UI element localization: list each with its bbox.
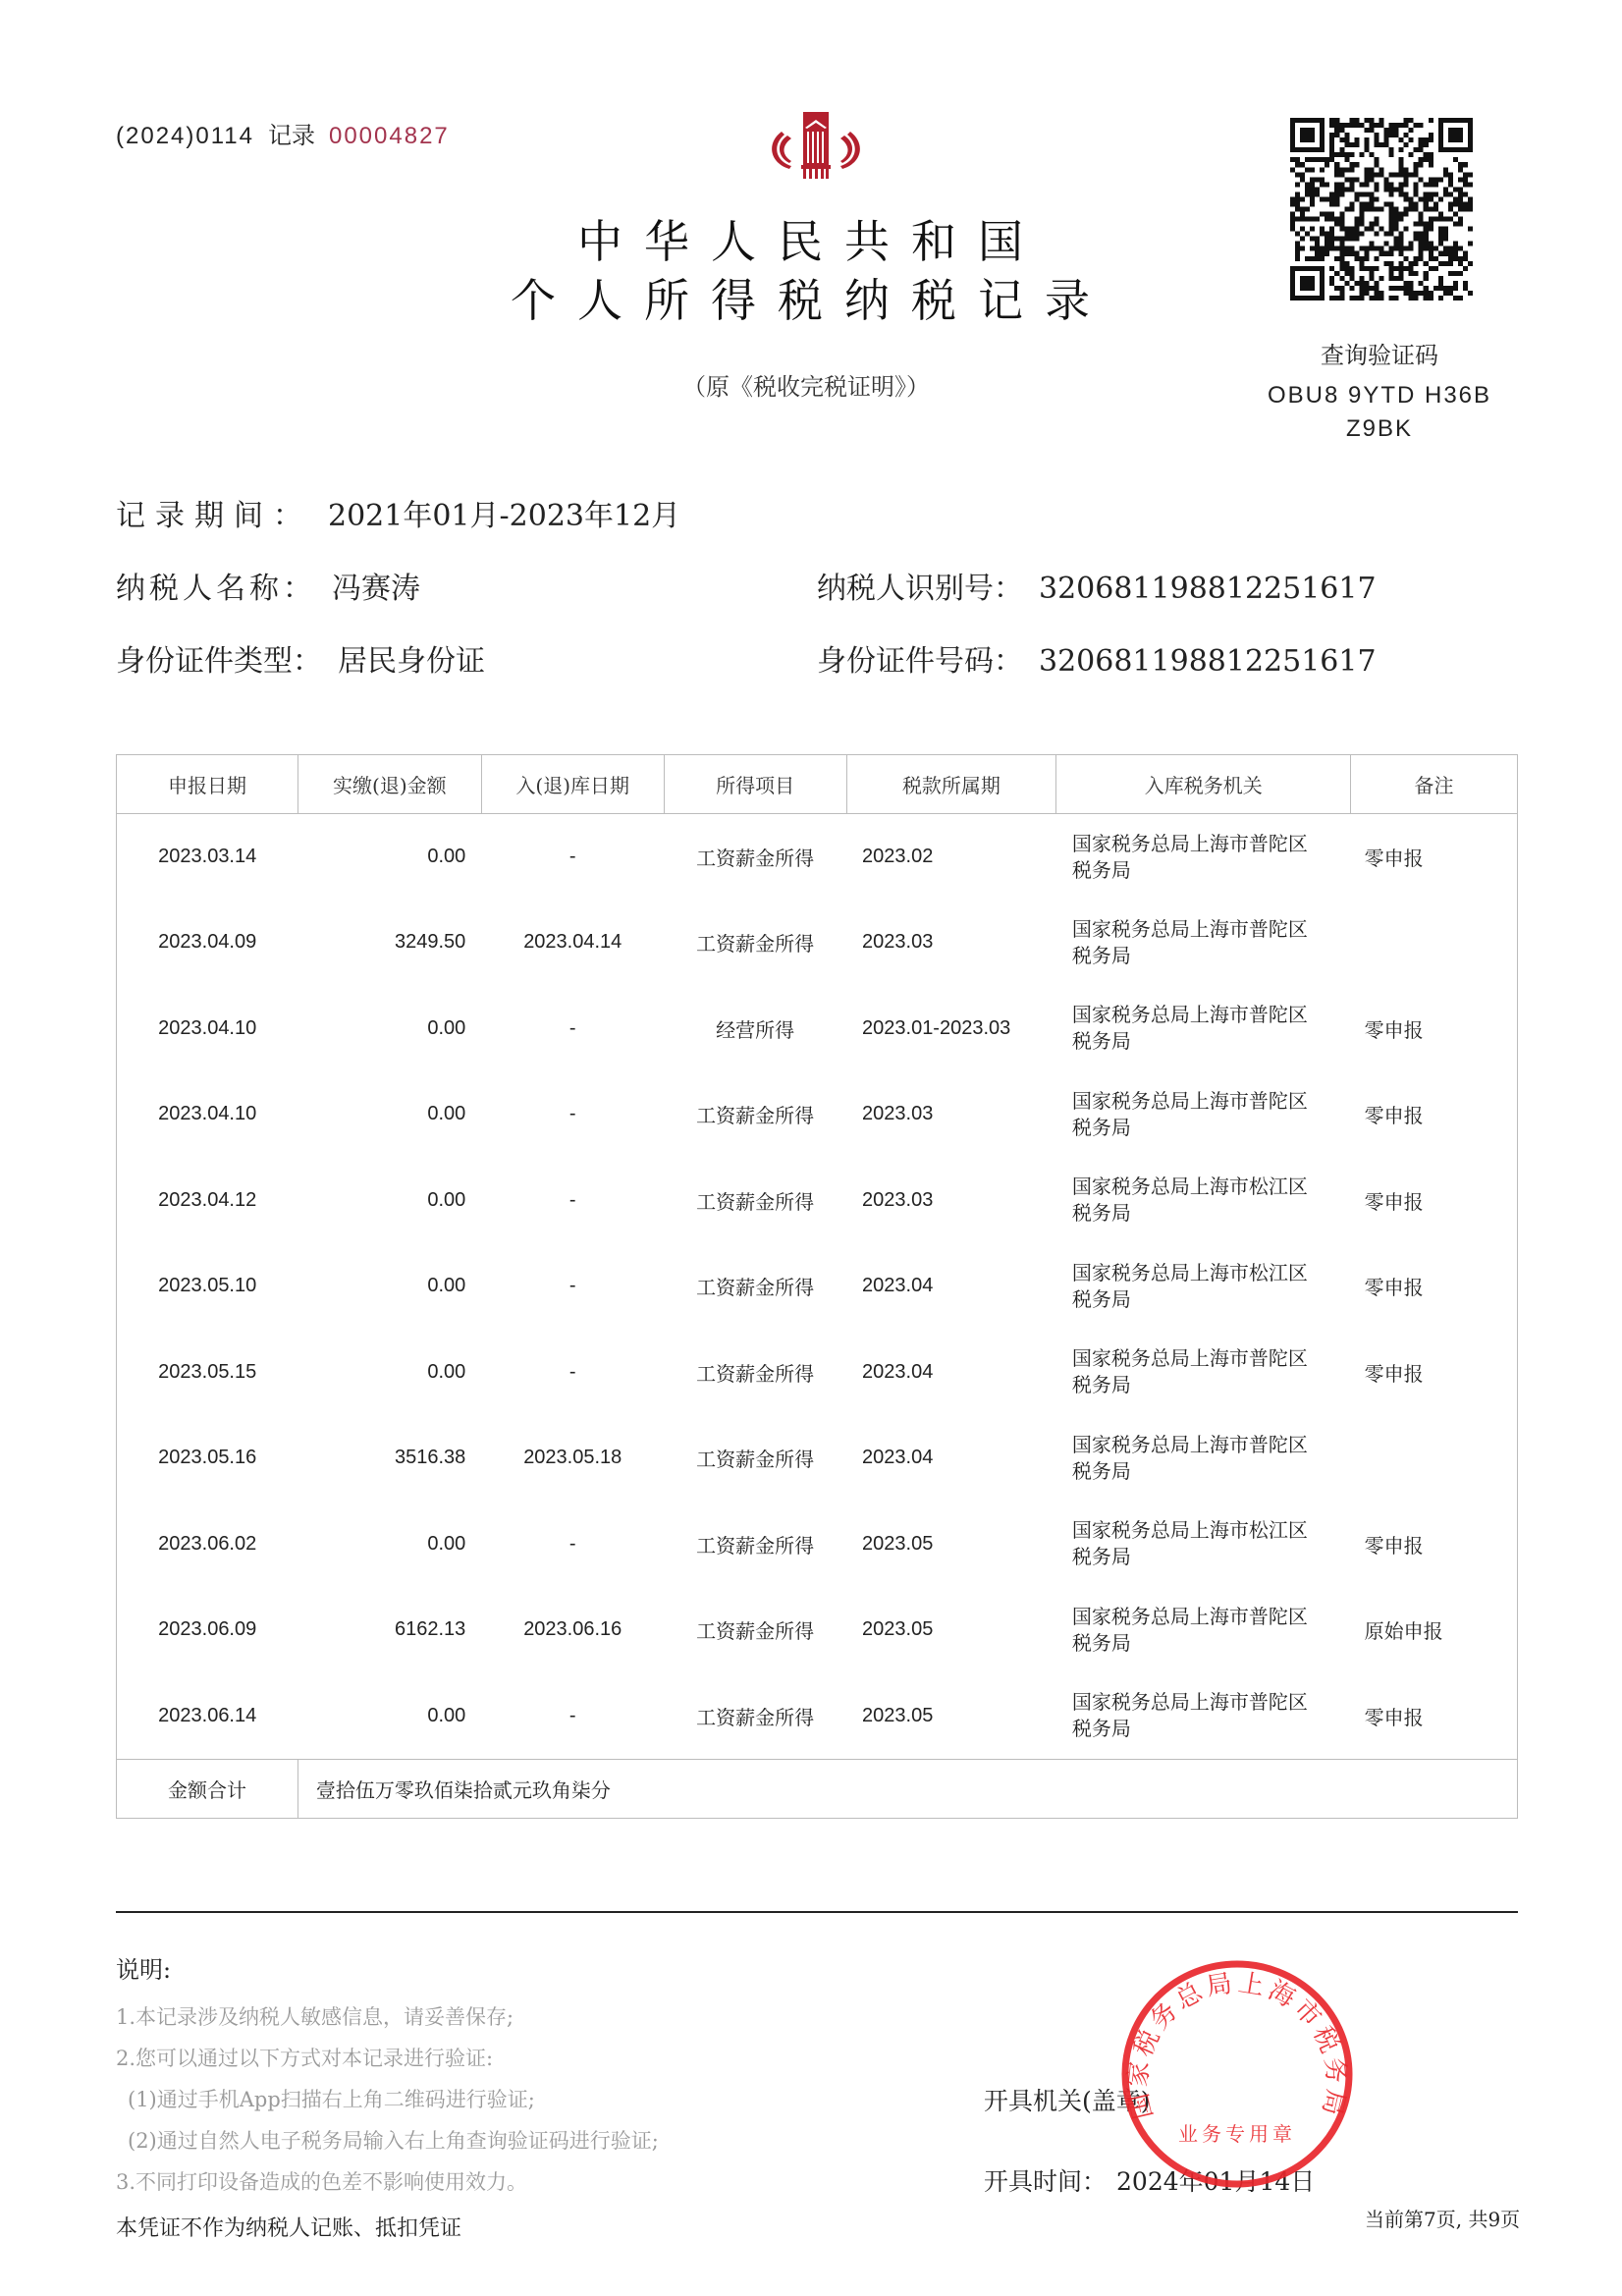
note-item-1: 1.本记录涉及纳税人敏感信息，请妥善保存;	[116, 2001, 514, 2031]
tax-office-line-2: 税务局	[1072, 1716, 1337, 1742]
tax-period-cell: 2023.02	[846, 814, 1056, 901]
amount-cell: 0.00	[297, 1071, 481, 1158]
store-date-cell: -	[481, 1243, 664, 1330]
note-cell: 零申报	[1351, 1071, 1518, 1158]
note-cell	[1351, 1415, 1518, 1502]
tax-office-line-2: 税务局	[1072, 1544, 1337, 1570]
tax-office-cell: 国家税务总局上海市普陀区税务局	[1056, 1071, 1351, 1158]
table-header-row: 申报日期 实缴(退)金额 入(退)库日期 所得项目 税款所属期 入库税务机关 备…	[117, 755, 1518, 814]
column-header-tax-period: 税款所属期	[846, 755, 1056, 814]
disclaimer: 本凭证不作为纳税人记账、抵扣凭证	[116, 2212, 461, 2242]
table-row: 2023.05.100.00-工资薪金所得2023.04国家税务总局上海市松江区…	[117, 1243, 1518, 1330]
verify-code-label: 查询验证码	[1267, 336, 1492, 370]
tax-period-cell: 2023.04	[846, 1415, 1056, 1502]
amount-cell: 0.00	[297, 986, 481, 1072]
filing-date-cell: 2023.04.09	[117, 900, 298, 986]
table-row: 2023.04.093249.502023.04.14工资薪金所得2023.03…	[117, 900, 1518, 986]
store-date-cell: -	[481, 1158, 664, 1244]
svg-text:国家税务总局上海市税务局: 国家税务总局上海市税务局	[1123, 1968, 1351, 2121]
note-cell: 零申报	[1351, 1158, 1518, 1244]
tax-period-cell: 2023.03	[846, 900, 1056, 986]
id-type: 身份证件类型：居民身份证	[116, 636, 485, 680]
tax-office-line-1: 国家税务总局上海市松江区	[1072, 1174, 1337, 1200]
column-header-tax-office: 入库税务机关	[1056, 755, 1351, 814]
total-label: 金额合计	[117, 1759, 298, 1818]
note-item-3: 3.不同打印设备造成的色差不影响使用效力。	[116, 2166, 527, 2196]
note-item-2: 2.您可以通过以下方式对本记录进行验证:	[116, 2043, 493, 2072]
amount-cell: 0.00	[297, 1502, 481, 1588]
tax-office-cell: 国家税务总局上海市松江区税务局	[1056, 1502, 1351, 1588]
table-row: 2023.06.140.00-工资薪金所得2023.05国家税务总局上海市普陀区…	[117, 1673, 1518, 1760]
tax-office-line-1: 国家税务总局上海市普陀区	[1072, 1432, 1337, 1458]
amount-cell: 3516.38	[297, 1415, 481, 1502]
id-number: 身份证件号码：320681198812251617	[817, 636, 1377, 680]
id-number-value: 320681198812251617	[1039, 644, 1377, 679]
filing-date-cell: 2023.04.10	[117, 986, 298, 1072]
note-cell: 零申报	[1351, 1243, 1518, 1330]
tax-office-line-1: 国家税务总局上海市普陀区	[1072, 1345, 1337, 1372]
taxpayer-name-value: 冯赛涛	[332, 572, 420, 606]
tax-office-cell: 国家税务总局上海市普陀区税务局	[1056, 1415, 1351, 1502]
id-type-label: 身份证件类型：	[116, 636, 322, 680]
income-item-cell: 工资薪金所得	[664, 1243, 846, 1330]
filing-date-cell: 2023.04.12	[117, 1158, 298, 1244]
income-item-cell: 工资薪金所得	[664, 1071, 846, 1158]
tax-bureau-emblem-icon	[768, 106, 864, 181]
tax-period-cell: 2023.01-2023.03	[846, 986, 1056, 1072]
id-type-value: 居民身份证	[338, 644, 485, 679]
note-item-2-1: (1)通过手机App扫描右上角二维码进行验证;	[128, 2084, 535, 2113]
filing-date-cell: 2023.06.09	[117, 1587, 298, 1673]
amount-cell: 3249.50	[297, 900, 481, 986]
tax-office-cell: 国家税务总局上海市普陀区税务局	[1056, 900, 1351, 986]
svg-text:业务专用章: 业务专用章	[1178, 2122, 1296, 2146]
tax-office-line-1: 国家税务总局上海市普陀区	[1072, 1002, 1337, 1028]
note-cell: 零申报	[1351, 1673, 1518, 1760]
issue-time: 开具时间：2024年01月14日	[984, 2162, 1315, 2198]
tax-office-line-1: 国家税务总局上海市松江区	[1072, 1260, 1337, 1286]
amount-cell: 0.00	[297, 1673, 481, 1760]
tax-office-cell: 国家税务总局上海市普陀区税务局	[1056, 986, 1351, 1072]
store-date-cell: -	[481, 986, 664, 1072]
table-row: 2023.04.100.00-工资薪金所得2023.03国家税务总局上海市普陀区…	[117, 1071, 1518, 1158]
note-cell: 零申报	[1351, 1330, 1518, 1416]
table-row: 2023.03.140.00-工资薪金所得2023.02国家税务总局上海市普陀区…	[117, 814, 1518, 901]
filing-date-cell: 2023.06.02	[117, 1502, 298, 1588]
income-item-cell: 工资薪金所得	[664, 1415, 846, 1502]
id-number-label: 身份证件号码：	[817, 636, 1023, 680]
column-header-store-date: 入(退)库日期	[481, 755, 664, 814]
note-cell: 零申报	[1351, 814, 1518, 901]
filing-date-cell: 2023.05.10	[117, 1243, 298, 1330]
issue-time-label: 开具时间：	[984, 2167, 1107, 2196]
note-cell: 零申报	[1351, 986, 1518, 1072]
verify-code: OBU8 9YTD H36B Z9BK	[1247, 379, 1512, 446]
table-row: 2023.05.150.00-工资薪金所得2023.04国家税务总局上海市普陀区…	[117, 1330, 1518, 1416]
income-item-cell: 工资薪金所得	[664, 1158, 846, 1244]
tax-office-line-1: 国家税务总局上海市普陀区	[1072, 831, 1337, 857]
table-row: 2023.06.020.00-工资薪金所得2023.05国家税务总局上海市松江区…	[117, 1502, 1518, 1588]
verify-code-line-1: OBU8 9YTD H36B	[1247, 379, 1512, 412]
tax-office-line-1: 国家税务总局上海市普陀区	[1072, 1604, 1337, 1630]
amount-cell: 0.00	[297, 814, 481, 901]
official-seal-icon: 国家税务总局上海市税务局 业务专用章	[1117, 1958, 1357, 2190]
amount-cell: 6162.13	[297, 1587, 481, 1673]
total-amount-in-words: 壹拾伍万零玖佰柒拾贰元玖角柒分	[297, 1759, 1517, 1818]
tax-office-line-2: 税务局	[1072, 1286, 1337, 1313]
tax-period-cell: 2023.03	[846, 1158, 1056, 1244]
income-item-cell: 工资薪金所得	[664, 1673, 846, 1760]
tax-period-cell: 2023.05	[846, 1502, 1056, 1588]
document-code: (2024)0114	[116, 123, 254, 149]
taxpayer-id-value: 320681198812251617	[1039, 572, 1377, 606]
tax-records-table: 申报日期 实缴(退)金额 入(退)库日期 所得项目 税款所属期 入库税务机关 备…	[116, 754, 1518, 1819]
tax-period-cell: 2023.03	[846, 1071, 1056, 1158]
section-divider	[116, 1911, 1518, 1913]
table-row: 2023.04.120.00-工资薪金所得2023.03国家税务总局上海市松江区…	[117, 1158, 1518, 1244]
taxpayer-id-label: 纳税人识别号：	[817, 564, 1023, 607]
filing-date-cell: 2023.06.14	[117, 1673, 298, 1760]
income-item-cell: 工资薪金所得	[664, 900, 846, 986]
taxpayer-name-label: 纳税人名称：	[116, 564, 316, 607]
tax-office-line-1: 国家税务总局上海市普陀区	[1072, 1088, 1337, 1115]
column-header-amount: 实缴(退)金额	[297, 755, 481, 814]
page-indicator: 当前第7页, 共9页	[1365, 2204, 1520, 2232]
record-period-label: 记录期间：	[116, 491, 312, 534]
table-row: 2023.06.096162.132023.06.16工资薪金所得2023.05…	[117, 1587, 1518, 1673]
tax-office-cell: 国家税务总局上海市普陀区税务局	[1056, 1330, 1351, 1416]
income-item-cell: 工资薪金所得	[664, 1330, 846, 1416]
income-item-cell: 工资薪金所得	[664, 814, 846, 901]
store-date-cell: 2023.05.18	[481, 1415, 664, 1502]
taxpayer-name: 纳税人名称：冯赛涛	[116, 564, 420, 607]
amount-cell: 0.00	[297, 1330, 481, 1416]
amount-cell: 0.00	[297, 1243, 481, 1330]
issuing-authority-label: 开具机关(盖章)	[984, 2082, 1151, 2117]
filing-date-cell: 2023.05.16	[117, 1415, 298, 1502]
column-header-filing-date: 申报日期	[117, 755, 298, 814]
filing-date-cell: 2023.03.14	[117, 814, 298, 901]
record-period-value: 2021年01月-2023年12月	[328, 499, 680, 533]
tax-office-line-2: 税务局	[1072, 1630, 1337, 1657]
qr-code-icon	[1290, 118, 1473, 301]
record-number: 00004827	[329, 123, 450, 149]
tax-period-cell: 2023.04	[846, 1243, 1056, 1330]
note-cell: 原始申报	[1351, 1587, 1518, 1673]
tax-office-cell: 国家税务总局上海市松江区税务局	[1056, 1243, 1351, 1330]
store-date-cell: 2023.06.16	[481, 1587, 664, 1673]
tax-office-line-2: 税务局	[1072, 943, 1337, 969]
verify-code-line-2: Z9BK	[1247, 412, 1512, 446]
store-date-cell: -	[481, 1071, 664, 1158]
tax-office-cell: 国家税务总局上海市松江区税务局	[1056, 1158, 1351, 1244]
tax-office-line-2: 税务局	[1072, 1372, 1337, 1398]
record-period: 记录期间：2021年01月-2023年12月	[116, 491, 680, 534]
store-date-cell: -	[481, 1673, 664, 1760]
tax-office-line-2: 税务局	[1072, 1028, 1337, 1055]
income-item-cell: 经营所得	[664, 986, 846, 1072]
tax-period-cell: 2023.04	[846, 1330, 1056, 1416]
tax-office-cell: 国家税务总局上海市普陀区税务局	[1056, 1587, 1351, 1673]
tax-office-line-2: 税务局	[1072, 1115, 1337, 1141]
store-date-cell: -	[481, 1502, 664, 1588]
store-date-cell: -	[481, 1330, 664, 1416]
note-item-2-2: (2)通过自然人电子税务局输入右上角查询验证码进行验证;	[128, 2125, 659, 2155]
tax-period-cell: 2023.05	[846, 1673, 1056, 1760]
record-label: 记录	[268, 122, 315, 149]
filing-date-cell: 2023.05.15	[117, 1330, 298, 1416]
income-item-cell: 工资薪金所得	[664, 1587, 846, 1673]
filing-date-cell: 2023.04.10	[117, 1071, 298, 1158]
document-code-line: (2024)0114记录00004827	[116, 116, 450, 150]
table-row: 2023.04.100.00-经营所得2023.01-2023.03国家税务总局…	[117, 986, 1518, 1072]
total-row: 金额合计 壹拾伍万零玖佰柒拾贰元玖角柒分	[117, 1759, 1518, 1818]
note-cell	[1351, 900, 1518, 986]
table-row: 2023.05.163516.382023.05.18工资薪金所得2023.04…	[117, 1415, 1518, 1502]
note-cell: 零申报	[1351, 1502, 1518, 1588]
notes-title: 说明:	[116, 1950, 171, 1985]
tax-office-line-2: 税务局	[1072, 1200, 1337, 1227]
tax-office-line-1: 国家税务总局上海市普陀区	[1072, 1689, 1337, 1716]
tax-office-line-2: 税务局	[1072, 857, 1337, 884]
amount-cell: 0.00	[297, 1158, 481, 1244]
store-date-cell: 2023.04.14	[481, 900, 664, 986]
issue-time-value: 2024年01月14日	[1116, 2167, 1315, 2196]
tax-office-line-2: 税务局	[1072, 1458, 1337, 1485]
tax-office-cell: 国家税务总局上海市普陀区税务局	[1056, 1673, 1351, 1760]
store-date-cell: -	[481, 814, 664, 901]
column-header-income-item: 所得项目	[664, 755, 846, 814]
taxpayer-id: 纳税人识别号：320681198812251617	[817, 564, 1377, 607]
tax-office-line-1: 国家税务总局上海市普陀区	[1072, 916, 1337, 943]
tax-office-cell: 国家税务总局上海市普陀区税务局	[1056, 814, 1351, 901]
tax-period-cell: 2023.05	[846, 1587, 1056, 1673]
tax-office-line-1: 国家税务总局上海市松江区	[1072, 1517, 1337, 1544]
income-item-cell: 工资薪金所得	[664, 1502, 846, 1588]
column-header-note: 备注	[1351, 755, 1518, 814]
